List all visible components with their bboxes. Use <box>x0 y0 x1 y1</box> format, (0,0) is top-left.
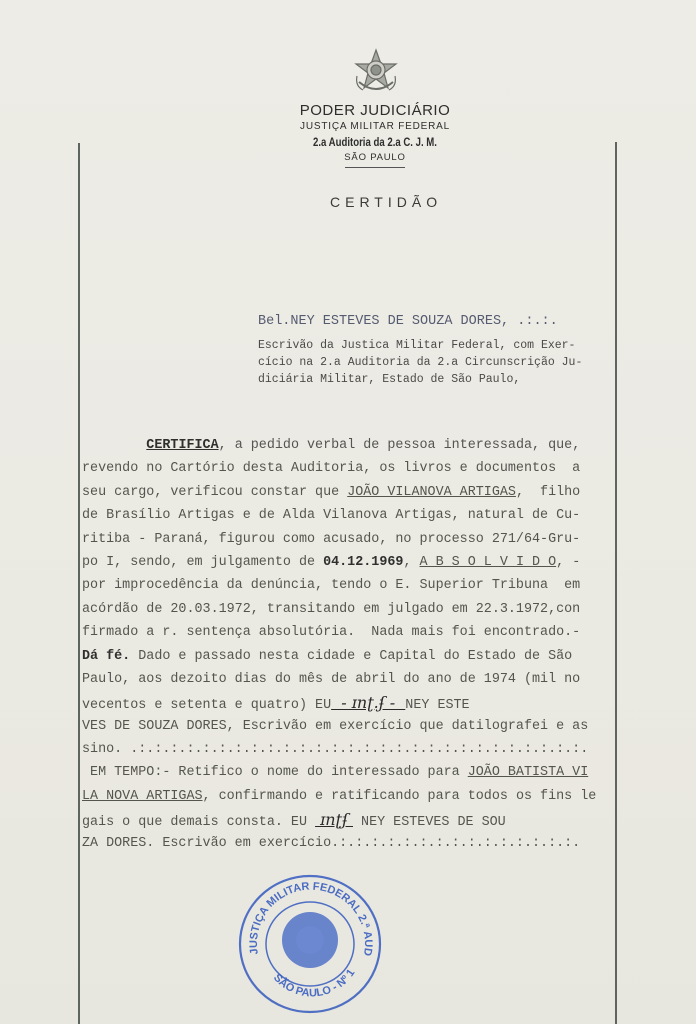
person-name: JOÃO VILANOVA ARTIGAS <box>347 485 516 500</box>
body-line: sino. .:.:.:.:.:.:.:.:.:.:.:.:.:.:.:.:.:… <box>82 738 612 761</box>
body-line: LA NOVA ARTIGAS, confirmando e ratifican… <box>82 785 612 808</box>
header-line-4: SÃO PAULO <box>260 152 490 163</box>
verdict: A B S O L V I D O <box>420 555 557 570</box>
header-line-2: JUSTIÇA MILITAR FEDERAL <box>260 121 490 132</box>
certificate-body: CERTIFICA, a pedido verbal de pessoa int… <box>82 434 612 855</box>
official-seal-stamp: JUSTIÇA MILITAR FEDERAL 2.ª AUDITORIA - … <box>236 870 384 1018</box>
judgment-date: 04.12.1969 <box>323 555 403 570</box>
handwritten-signature: - ɪnʈ.ʄ - <box>331 693 405 712</box>
right-margin-rule <box>615 142 617 1024</box>
addressee-name: Bel.NEY ESTEVES DE SOUZA DORES, .:.:. <box>258 314 558 329</box>
body-line: CERTIFICA, a pedido verbal de pessoa int… <box>82 434 612 457</box>
body-line: gais o que demais consta. EU ɪnʈʄ NEY ES… <box>82 808 612 831</box>
document-page: PODER JUDICIÁRIO JUSTIÇA MILITAR FEDERAL… <box>0 0 696 1024</box>
body-line: revendo no Cartório desta Auditoria, os … <box>82 457 612 480</box>
body-line: Paulo, aos dezoito dias do mês de abril … <box>82 668 612 691</box>
addressee-description: Escrivão da Justica Militar Federal, com… <box>258 337 608 388</box>
svg-text:SÃO PAULO - Nº 1: SÃO PAULO - Nº 1 <box>271 967 357 999</box>
body-line: Dá fé. Dado e passado nesta cidade e Cap… <box>82 645 612 668</box>
corrected-name: JOÃO BATISTA VI <box>468 765 589 780</box>
addressee-line: cício na 2.a Auditoria da 2.a Circunscri… <box>258 354 608 371</box>
body-line: acórdão de 20.03.1972, transitando em ju… <box>82 598 612 621</box>
body-line: de Brasílio Artigas e de Alda Vilanova A… <box>82 504 612 527</box>
addressee-line: Escrivão da Justica Militar Federal, com… <box>258 337 608 354</box>
body-line: po I, sendo, em julgamento de 04.12.1969… <box>82 551 612 574</box>
body-line: vecentos e setenta e quatro) EU - ɪnʈ.ʄ … <box>82 691 612 714</box>
body-line: VES DE SOUZA DORES, Escrivão em exercíci… <box>82 715 612 738</box>
addressee-line: diciária Militar, Estado de São Paulo, <box>258 371 608 388</box>
document-title: CERTIDÃO <box>330 194 510 210</box>
body-line: por improcedência da denúncia, tendo o E… <box>82 574 612 597</box>
body-line: ritiba - Paraná, figurou como acusado, n… <box>82 528 612 551</box>
header-divider <box>345 167 405 168</box>
certifica-keyword: CERTIFICA <box>146 438 218 453</box>
body-line: ZA DORES. Escrivão em exercício.:.:.:.:.… <box>82 832 612 855</box>
header-line-1: PODER JUDICIÁRIO <box>260 102 490 119</box>
brazil-coat-of-arms-icon <box>351 46 401 96</box>
left-margin-rule <box>78 143 80 1024</box>
handwritten-signature: ɪnʈʄ <box>315 810 353 829</box>
body-line: firmado a r. sentença absolutória. Nada … <box>82 621 612 644</box>
body-line: EM TEMPO:- Retifico o nome do interessad… <box>82 761 612 784</box>
stamp-bottom-text: SÃO PAULO - Nº 1 <box>271 967 357 999</box>
body-line: seu cargo, verificou constar que JOÃO VI… <box>82 481 612 504</box>
header-line-3: 2.a Auditoria da 2.a C. J. M. <box>283 135 467 149</box>
